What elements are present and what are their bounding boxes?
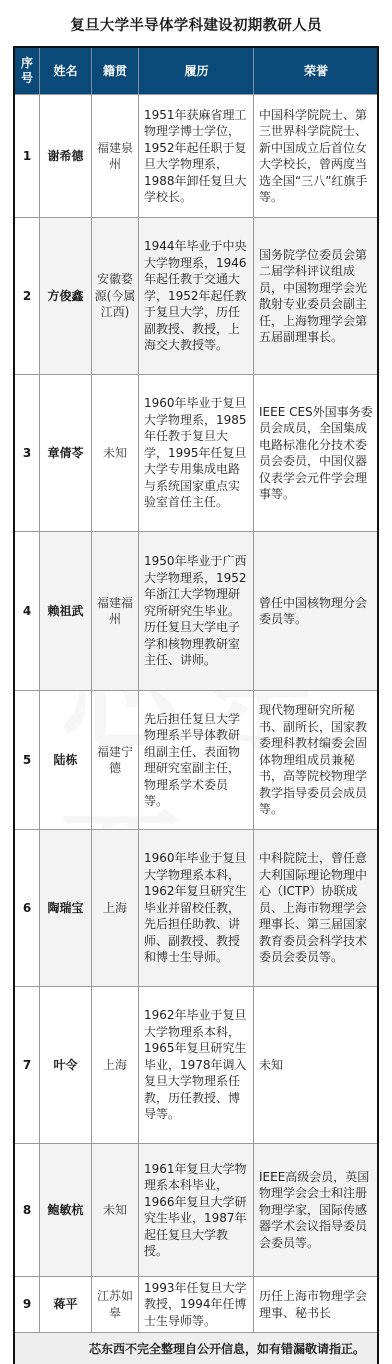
table-row: 5 陆栋 福建宁德 先后担任复旦大学物理系半导体教研组副主任、表面物理研究室副主… xyxy=(15,691,377,830)
cell-no: 9 xyxy=(15,1277,40,1332)
cell-bio: 1944年毕业于中央大学物理系，1946年起任教于交通大学，1952年起任教于复… xyxy=(139,218,254,374)
cell-bio: 1960年毕业于复旦大学物理系，1985年任教于复旦大学，1995年任复旦大学专… xyxy=(139,375,254,531)
page-title: 复旦大学半导体学科建设初期教研人员 xyxy=(0,14,392,35)
table-row: 8 鲍敏杭 未知 1961年复旦大学物理系本科毕业，1966年复旦大学研究生毕业… xyxy=(15,1144,377,1277)
cell-origin: 福建福州 xyxy=(92,532,139,690)
cell-origin: 安徽婺源(今属江西) xyxy=(92,218,139,374)
cell-name: 章倩苓 xyxy=(40,375,92,531)
cell-origin: 福建泉州 xyxy=(92,95,139,217)
cell-no: 6 xyxy=(15,830,40,986)
cell-name: 蒋平 xyxy=(40,1277,92,1332)
cell-bio: 1950年毕业于广西大学物理系，1952年浙江大学物理研究所研究生毕业。历任复旦… xyxy=(139,532,254,690)
cell-no: 5 xyxy=(15,691,40,829)
cell-honor: 历任上海市物理学会理事、秘书长 xyxy=(254,1277,377,1332)
footer-note: 芯东西不完全整理自公开信息，如有错漏敬请指正。 xyxy=(15,1333,377,1364)
cell-no: 8 xyxy=(15,1144,40,1276)
cell-origin: 未知 xyxy=(92,375,139,531)
cell-honor: 未知 xyxy=(254,987,377,1143)
cell-name: 陆栋 xyxy=(40,691,92,829)
cell-origin: 上海 xyxy=(92,830,139,986)
cell-honor: IEEE CES外国事务委员会成员，全国集成电路标准化分技术委员会委员，中国仪器… xyxy=(254,375,377,531)
cell-honor: IEEE高级会员，英国物理学会会士和注册物理学家，国际传感器学术会议指导委员会委… xyxy=(254,1144,377,1276)
table-header: 序号 姓名 籍贯 履历 荣誉 xyxy=(15,48,377,95)
table-row: 2 方俊鑫 安徽婺源(今属江西) 1944年毕业于中央大学物理系，1946年起任… xyxy=(15,218,377,375)
cell-bio: 1951年获麻省理工物理学博士学位，1952年起任职于复旦大学物理系，1988年… xyxy=(139,95,254,217)
header-honor: 荣誉 xyxy=(254,48,377,94)
table-row: 3 章倩苓 未知 1960年毕业于复旦大学物理系，1985年任教于复旦大学，19… xyxy=(15,375,377,532)
cell-bio: 先后担任复旦大学物理系半导体教研组副主任、表面物理研究室副主任，物理系学术委员等… xyxy=(139,691,254,829)
cell-origin: 福建宁德 xyxy=(92,691,139,829)
header-bio: 履历 xyxy=(139,48,254,94)
cell-no: 1 xyxy=(15,95,40,217)
cell-origin: 上海 xyxy=(92,987,139,1143)
cell-no: 2 xyxy=(15,218,40,374)
cell-no: 3 xyxy=(15,375,40,531)
table-row: 1 谢希德 福建泉州 1951年获麻省理工物理学博士学位，1952年起任职于复旦… xyxy=(15,95,377,218)
cell-origin: 未知 xyxy=(92,1144,139,1276)
table-row: 7 叶令 上海 1962年毕业于复旦大学物理系本科，1965年复旦研究生毕业，1… xyxy=(15,987,377,1144)
cell-bio: 1961年复旦大学物理系本科毕业，1966年复旦大学研究生毕业，1987年起任复… xyxy=(139,1144,254,1276)
cell-honor: 国务院学位委员会第二届学科评议组成员，中国物理学会光散射专业委员会副主任，上海物… xyxy=(254,218,377,374)
cell-bio: 1993年任复旦大学教授，1994年任博士生导师等。 xyxy=(139,1277,254,1332)
cell-name: 叶令 xyxy=(40,987,92,1143)
cell-name: 鲍敏杭 xyxy=(40,1144,92,1276)
cell-name: 谢希德 xyxy=(40,95,92,217)
cell-honor: 中科院院士，曾任意大利国际理论物理中心（ICTP）协联成员、上海市物理学会理事长… xyxy=(254,830,377,986)
cell-name: 赖祖武 xyxy=(40,532,92,690)
table-row: 4 赖祖武 福建福州 1950年毕业于广西大学物理系，1952年浙江大学物理研究… xyxy=(15,532,377,691)
cell-honor: 中国科学院院士、第三世界科学院院士、新中国成立后首位女大学校长，曾两度当选全国“… xyxy=(254,95,377,217)
header-name: 姓名 xyxy=(40,48,92,94)
table-row: 6 陶瑞宝 上海 1960年毕业于复旦大学物理系本科，1962年复旦研究生毕业并… xyxy=(15,830,377,987)
cell-name: 方俊鑫 xyxy=(40,218,92,374)
cell-origin: 江苏如皋 xyxy=(92,1277,139,1332)
cell-no: 7 xyxy=(15,987,40,1143)
cell-honor: 曾任中国核物理分会委员等。 xyxy=(254,532,377,690)
cell-bio: 1962年毕业于复旦大学物理系本科，1965年复旦研究生毕业，1978年调入复旦… xyxy=(139,987,254,1143)
header-origin: 籍贯 xyxy=(92,48,139,94)
cell-bio: 1960年毕业于复旦大学物理系本科，1962年复旦研究生毕业并留校任教，先后担任… xyxy=(139,830,254,986)
cell-name: 陶瑞宝 xyxy=(40,830,92,986)
staff-table: 序号 姓名 籍贯 履历 荣誉 1 谢希德 福建泉州 1951年获麻省理工物理学博… xyxy=(13,46,379,1364)
cell-honor: 现代物理研究所秘书、副所长，国家教委理科教材编委会固体物理组成员兼秘书，高等院校… xyxy=(254,691,377,829)
cell-no: 4 xyxy=(15,532,40,690)
header-no: 序号 xyxy=(15,48,40,94)
table-row: 9 蒋平 江苏如皋 1993年任复旦大学教授，1994年任博士生导师等。 历任上… xyxy=(15,1277,377,1333)
